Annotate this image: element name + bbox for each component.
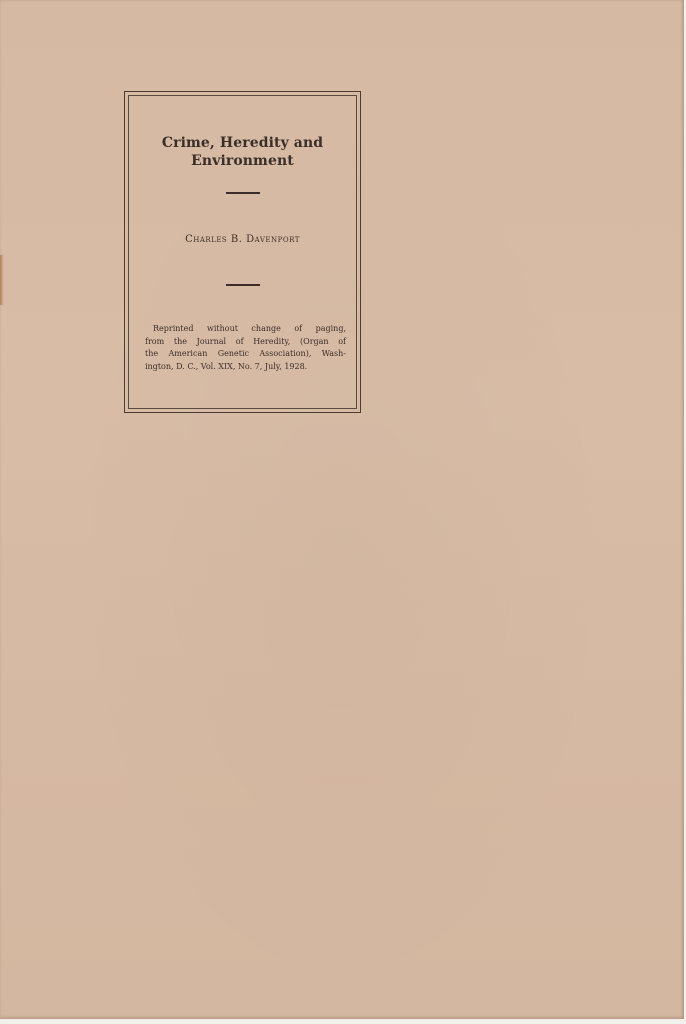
title-line-1: Crime, Heredity and bbox=[125, 134, 360, 152]
edge-stain bbox=[0, 255, 4, 305]
title-line-2: Environment bbox=[125, 152, 360, 170]
reprint-note-line: ington, D. C., Vol. XIX, No. 7, July, 19… bbox=[145, 361, 346, 374]
pamphlet-cover: Crime, Heredity and Environment Charles … bbox=[0, 0, 684, 1019]
reprint-note-line: Reprinted without change of paging, bbox=[145, 323, 346, 336]
document-title: Crime, Heredity and Environment bbox=[125, 134, 360, 170]
reprint-note: Reprinted without change of paging, from… bbox=[145, 323, 346, 373]
divider-rule-top bbox=[226, 192, 260, 194]
author-name: Charles B. Davenport bbox=[125, 234, 360, 245]
reprint-note-line: the American Genetic Association), Wash- bbox=[145, 348, 346, 361]
reprint-note-line: from the Journal of Heredity, (Organ of bbox=[145, 336, 346, 349]
divider-rule-bottom bbox=[226, 284, 260, 286]
title-label-box: Crime, Heredity and Environment Charles … bbox=[124, 91, 361, 413]
